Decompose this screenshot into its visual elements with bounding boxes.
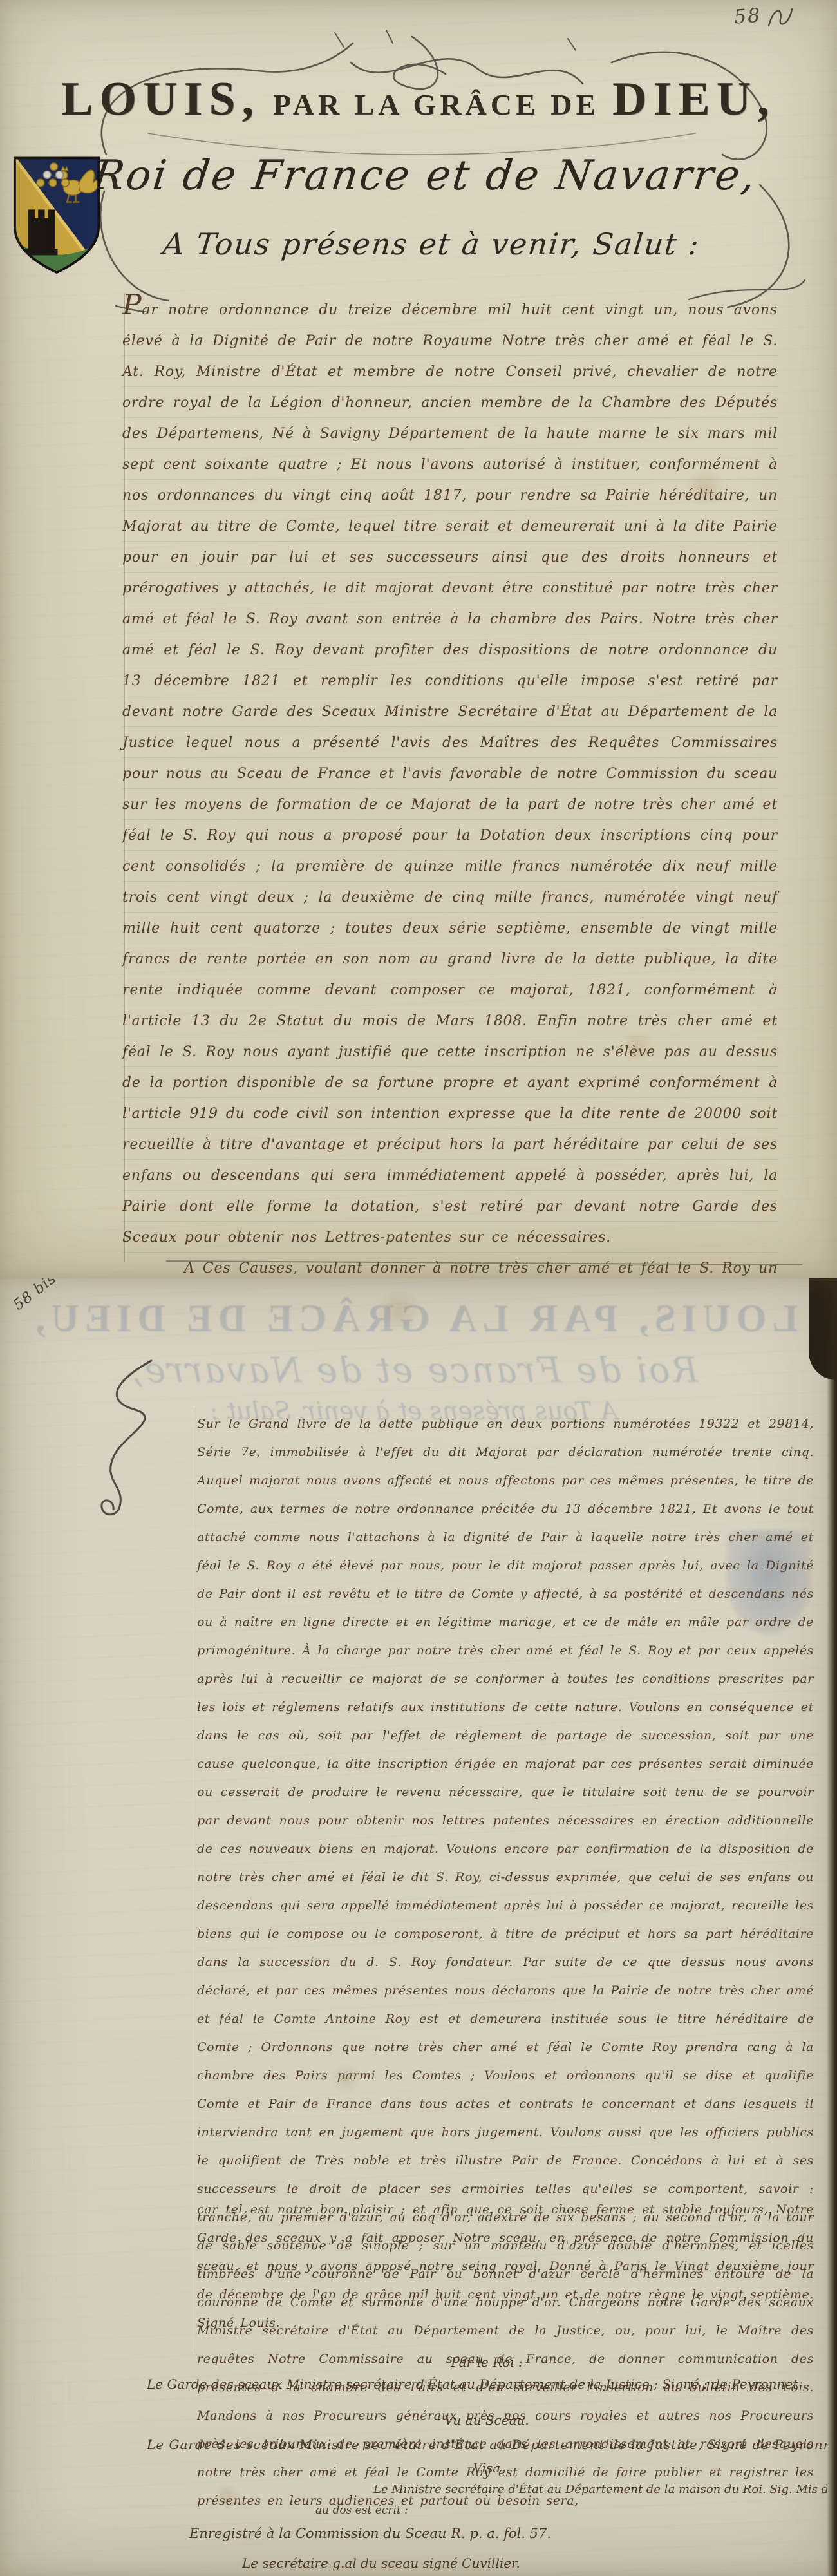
paper-stain xyxy=(373,1291,425,1330)
ink-paraph-flourish xyxy=(90,1354,180,1525)
archival-number: 58 xyxy=(733,5,762,29)
garde-des-sceaux-signature-2: Le Garde des sceaux Ministre secrétaire … xyxy=(147,2435,827,2454)
manuscript-body-page2-end: car tel est notre bon plaisir ; et afin … xyxy=(197,2195,814,2345)
par-le-roi-line: Par le Roi : xyxy=(147,2353,827,2372)
au-dos-note: au dos est écrit : xyxy=(147,2501,827,2520)
manuscript-body-page2: Sur le Grand livre de la dette publique … xyxy=(197,1410,814,2193)
closing-signature-block: Par le Roi : Le Garde des sceaux Ministr… xyxy=(147,2353,827,2573)
body-paragraph: Sur le Grand livre de la dette publique … xyxy=(197,1410,814,2515)
visa-line: Visa xyxy=(147,2458,827,2477)
vu-au-sceau-line: Vu au Sceau. xyxy=(147,2410,827,2430)
title-middle: PAR LA GRÂCE DE xyxy=(273,88,599,122)
title-dieu: DIEU, xyxy=(612,72,776,127)
manuscript-body-page1: Par notre ordonnance du treize décembre … xyxy=(122,295,778,1262)
archival-paraph-mark xyxy=(764,3,797,32)
margin-rule-line xyxy=(194,1407,194,2354)
registration-line: Enregistré à la Commission du Sceau R. p… xyxy=(147,2524,827,2543)
title-louis: LOUIS, xyxy=(61,72,260,127)
bleedthrough-royal-style: Roi de France et de Navarre, xyxy=(0,1350,828,1390)
scan-edge-shadow xyxy=(827,1278,837,2576)
salutation-line: A Tous présens et à venir, Salut : xyxy=(108,227,755,261)
royal-style-line: Roi de France et de Navarre, xyxy=(80,152,769,200)
secretaire-du-sceau-signature: Le secrétaire g.al du sceau signé Cuvill… xyxy=(147,2553,827,2573)
page-1: 58 LOUIS, PAR LA GRÂCE DE DIEU, Roi de F… xyxy=(0,0,837,1278)
body-paragraph-a-ces-causes: A Ces Causes, voulant donner à notre trè… xyxy=(122,1253,778,1278)
coat-of-arms xyxy=(9,152,104,279)
bleedthrough-title: LOUIS, PAR LA GRÂCE DE DIEU, xyxy=(0,1296,828,1341)
body-paragraph-donne-a-paris: car tel est notre bon plaisir ; et afin … xyxy=(197,2195,814,2337)
page-corner-shadow xyxy=(809,1278,837,1380)
archival-number-bis: 58 bis xyxy=(10,1278,59,1314)
royal-titulature: LOUIS, PAR LA GRÂCE DE DIEU, xyxy=(0,72,837,127)
garde-des-sceaux-signature: Le Garde des sceaux Ministre secrétaire … xyxy=(147,2374,827,2394)
body-paragraph: Par notre ordonnance du treize décembre … xyxy=(122,295,778,1253)
maison-du-roi-signature: Le Ministre secrétaire d'État au Départe… xyxy=(147,2480,827,2499)
manuscript-scan: 58 LOUIS, PAR LA GRÂCE DE DIEU, Roi de F… xyxy=(0,0,837,2576)
page-2: LOUIS, PAR LA GRÂCE DE DIEU, Roi de Fran… xyxy=(0,1278,837,2576)
bleedthrough-header: LOUIS, PAR LA GRÂCE DE DIEU, Roi de Fran… xyxy=(0,1296,828,1425)
